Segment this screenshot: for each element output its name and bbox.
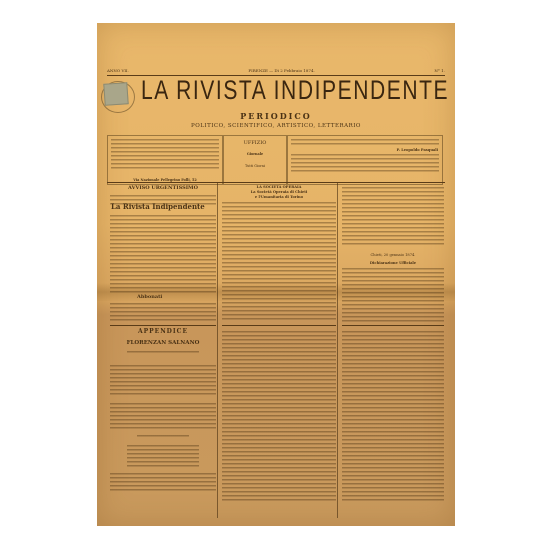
masthead-topline: ANNO VII. FIRENZE — Dì 2 Febbraio 1874. … (107, 65, 445, 75)
column-1: AVVISO URGENTISSIMO La Rivista Indipende… (107, 183, 219, 526)
postage-stamp-icon (103, 82, 128, 106)
column-3: Chieti, 20 gennaio 1874. Dichiarazione U… (339, 183, 447, 526)
header-center-line-1: Giornale (226, 152, 284, 156)
header-box-left: Via Nazionale Pellegrino Folli, 52 (107, 135, 223, 185)
header-box-center: UFFIZIO Giornale Tutti Giorni (223, 135, 287, 185)
col2-rule (222, 325, 336, 326)
col1-section-heading: APPENDICE (107, 330, 219, 334)
header-center-title: UFFIZIO (226, 140, 284, 146)
col2-heading-line-1: LA SOCIETÀ OPERAIA (219, 185, 339, 189)
dateline: FIRENZE — Dì 2 Febbraio 1874. (248, 68, 314, 73)
newspaper-subtitle: PERIODICO (97, 111, 455, 121)
issue-number: N° 1. (434, 68, 445, 73)
year-label: ANNO VII. (107, 68, 129, 73)
col3-signoff-date: Chieti, 20 gennaio 1874. (339, 253, 447, 257)
col3-rule (342, 325, 444, 326)
header-right-name: P. Leopoldo Pasquali (397, 148, 438, 152)
newspaper-title: LA RIVISTA INDIPENDENTE (141, 75, 378, 109)
newspaper-page: ANNO VII. FIRENZE — Dì 2 Febbraio 1874. … (97, 23, 455, 526)
col1-heading: AVVISO URGENTISSIMO (107, 186, 219, 190)
col1-bold-name: La Rivista Indipendente (111, 205, 205, 209)
col3-subheading: Dichiarazione Ufficiale (339, 261, 447, 265)
col1-bold-word: Abbonati (137, 295, 162, 299)
col2-heading-line-3: e l'Umanitaria di Torino (219, 195, 339, 199)
newspaper-tagline: POLITICO, SCIENTIFICO, ARTISTICO, LETTER… (97, 123, 455, 129)
header-center-line-2: Tutti Giorni (226, 164, 284, 168)
col1-rule (110, 325, 216, 326)
col2-heading-line-2: La Società Operaia di Chieti (219, 190, 339, 194)
column-2: LA SOCIETÀ OPERAIA La Società Operaia di… (219, 183, 339, 526)
col1-article-title: FLORENZAN SALNANO (107, 341, 219, 345)
header-box-right: P. Leopoldo Pasquali (287, 135, 443, 185)
